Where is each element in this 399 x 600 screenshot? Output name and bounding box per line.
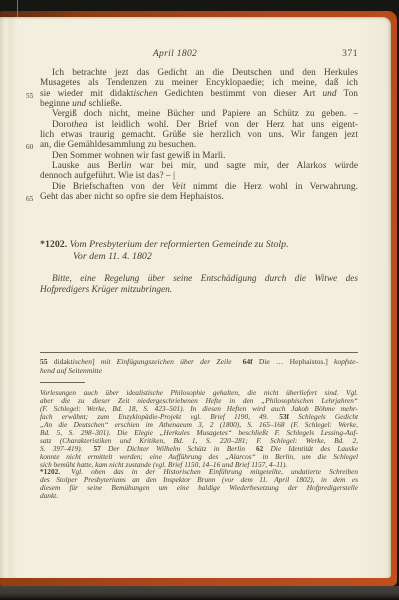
text-line: diesem für seine Bemühungen um eine bald… <box>40 484 358 492</box>
text-line: 55 didaktischen] mit Einfügungszeichen ü… <box>40 357 358 366</box>
text-segment: Vom Presbyterium der reformierten Gemein… <box>70 239 289 250</box>
text-line: Den Sommer wohnen wir fast gewiß in Marl… <box>40 151 358 161</box>
section-heading: *1202. Vom Presbyterium der reformierten… <box>40 239 358 262</box>
text-line: Hofpredigers Krüger mitzubringen. <box>40 285 358 296</box>
running-head: April 1802 371 <box>40 48 358 60</box>
commentary-notes: Vorlesungen auch über idealistische Phil… <box>40 389 358 469</box>
text-line: Musagetes als Tendenzen zu meiner Encykl… <box>40 78 358 88</box>
text-segment: didakt <box>48 357 73 366</box>
text-segment: nimmt die Herz wohl in Verwahrung. <box>186 182 358 192</box>
text-line: Vor dem 11. 4. 1802 <box>73 251 358 263</box>
text-segment: dennoch aufgeführt. Wie ist das? – | <box>40 171 175 181</box>
text-segment: ischen <box>133 89 157 99</box>
text-segment: thea <box>71 120 87 130</box>
text-segment: 64f <box>243 357 253 366</box>
text-line: dennoch aufgeführt. Wie ist das? – | <box>40 171 358 181</box>
text-segment: war bei mir, und sagte mir, der Alarko <box>131 161 322 171</box>
text-line: hend auf Seitenmitte <box>40 366 358 375</box>
book-page: April 1802 371 Ich betrachte jezt das Ge… <box>0 17 391 578</box>
page-number: 371 <box>342 48 358 59</box>
apparatus-divider-rule <box>40 352 358 353</box>
text-segment: Doro <box>52 120 71 130</box>
text-segment: schließe. <box>86 99 122 109</box>
letter-text: Ich betrachte jezt das Gedicht an die De… <box>40 68 358 202</box>
text-segment: Hofpredigers Krüger mitzubringen. <box>40 285 172 295</box>
commentary-note-1202: *1202.Vgl. oben das in der Historischen … <box>40 468 358 500</box>
text-segment: *1202. <box>40 239 70 250</box>
text-line: Bitte, eine Regelung über seine Entschäd… <box>40 274 358 285</box>
text-segment: Ton <box>337 89 358 99</box>
text-line: lich etwas traurig gemacht. Grüße sie he… <box>40 130 358 140</box>
margin-line-number: 60 <box>26 142 33 152</box>
text-segment: Vergiß doch nicht, meine Bücher und Papi… <box>52 109 358 119</box>
book-photo-background: April 1802 371 Ich betrachte jezt das Ge… <box>0 0 399 600</box>
text-segment: Musagetes als Tendenzen zu meiner Encykl… <box>40 78 358 88</box>
table-surface <box>0 586 399 600</box>
text-segment: Gedichten bestimmt von dieser Art <box>158 89 323 99</box>
text-segment: ischen <box>73 357 92 366</box>
text-line: 60an, die Gemähldesammlung zu besuchen. <box>40 140 358 150</box>
text-segment: Veit <box>172 182 186 192</box>
text-line: dankt. <box>40 492 358 500</box>
text-line: Ich betrachte jezt das Gedicht an die De… <box>40 68 358 78</box>
text-segment: und <box>322 89 336 99</box>
text-line: beginne und schließe. <box>40 99 358 109</box>
text-segment: und <box>72 99 86 109</box>
text-segment: Lauske aus Berl <box>52 161 124 171</box>
text-line: 65Geht das aber nicht so opfre sie dem H… <box>40 192 358 202</box>
margin-line-number: 55 <box>26 91 33 101</box>
text-segment: ] <box>92 357 101 366</box>
text-line: *1202. Vom Presbyterium der reformierten… <box>40 239 358 251</box>
text-line: Dorothea ist leidlich wohl. Der Brief vo… <box>40 120 358 130</box>
text-segment: diesem für seine Bemühungen um eine bald… <box>40 483 358 492</box>
running-head-title: April 1802 <box>40 48 310 59</box>
text-line: Vergiß doch nicht, meine Bücher und Papi… <box>40 109 358 119</box>
text-segment: sie wieder mit didakt <box>40 89 133 99</box>
text-segment: an, die Gemähldesammlung zu besuchen. <box>40 140 196 150</box>
text-line: Die Briefschaften von der Veit nimmt die… <box>40 182 358 192</box>
text-segment: hend auf Seitenmitte <box>40 366 102 375</box>
text-segment: Vor dem 11. 4. 1802 <box>73 251 152 262</box>
text-line: 55sie wieder mit didaktischen Gedichten … <box>40 89 358 99</box>
text-segment: ist leidlich wohl. Der Brief von der Her… <box>88 120 358 130</box>
text-segment: beginne <box>40 99 72 109</box>
text-line: Lauske aus Berlin war bei mir, und sagte… <box>40 161 358 171</box>
text-segment: Bitte, eine Regelung über seine Entschäd… <box>52 274 358 284</box>
text-segment: Ich betrachte jezt das Gedicht an die De… <box>52 68 358 78</box>
text-segment: lich etwas traurig gemacht. Grüße sie he… <box>40 130 358 140</box>
text-segment: mit Einfügungszeichen über der Zeile <box>101 357 232 366</box>
margin-line-number: 65 <box>26 194 33 204</box>
text-segment: Die … Hephaistos.] <box>253 357 334 366</box>
textual-apparatus: 55 didaktischen] mit Einfügungszeichen ü… <box>40 357 358 376</box>
text-segment: Den Sommer wohnen wir fast gewiß in Marl… <box>52 151 226 161</box>
text-segment: dankt. <box>40 491 58 500</box>
text-segment: Geht das aber nicht so opfre sie dem Hep… <box>40 192 224 202</box>
text-segment: 55 <box>40 357 48 366</box>
book-photo: { "colors": { "cover": "#b0471c", "page"… <box>0 0 399 600</box>
commentary-divider-rule <box>40 382 85 383</box>
text-segment: Die Briefschaften von der <box>52 182 172 192</box>
text-segment: würde <box>326 161 358 171</box>
section-summary: Bitte, eine Regelung über seine Entschäd… <box>40 274 358 296</box>
text-segment: kopfste- <box>334 357 358 366</box>
